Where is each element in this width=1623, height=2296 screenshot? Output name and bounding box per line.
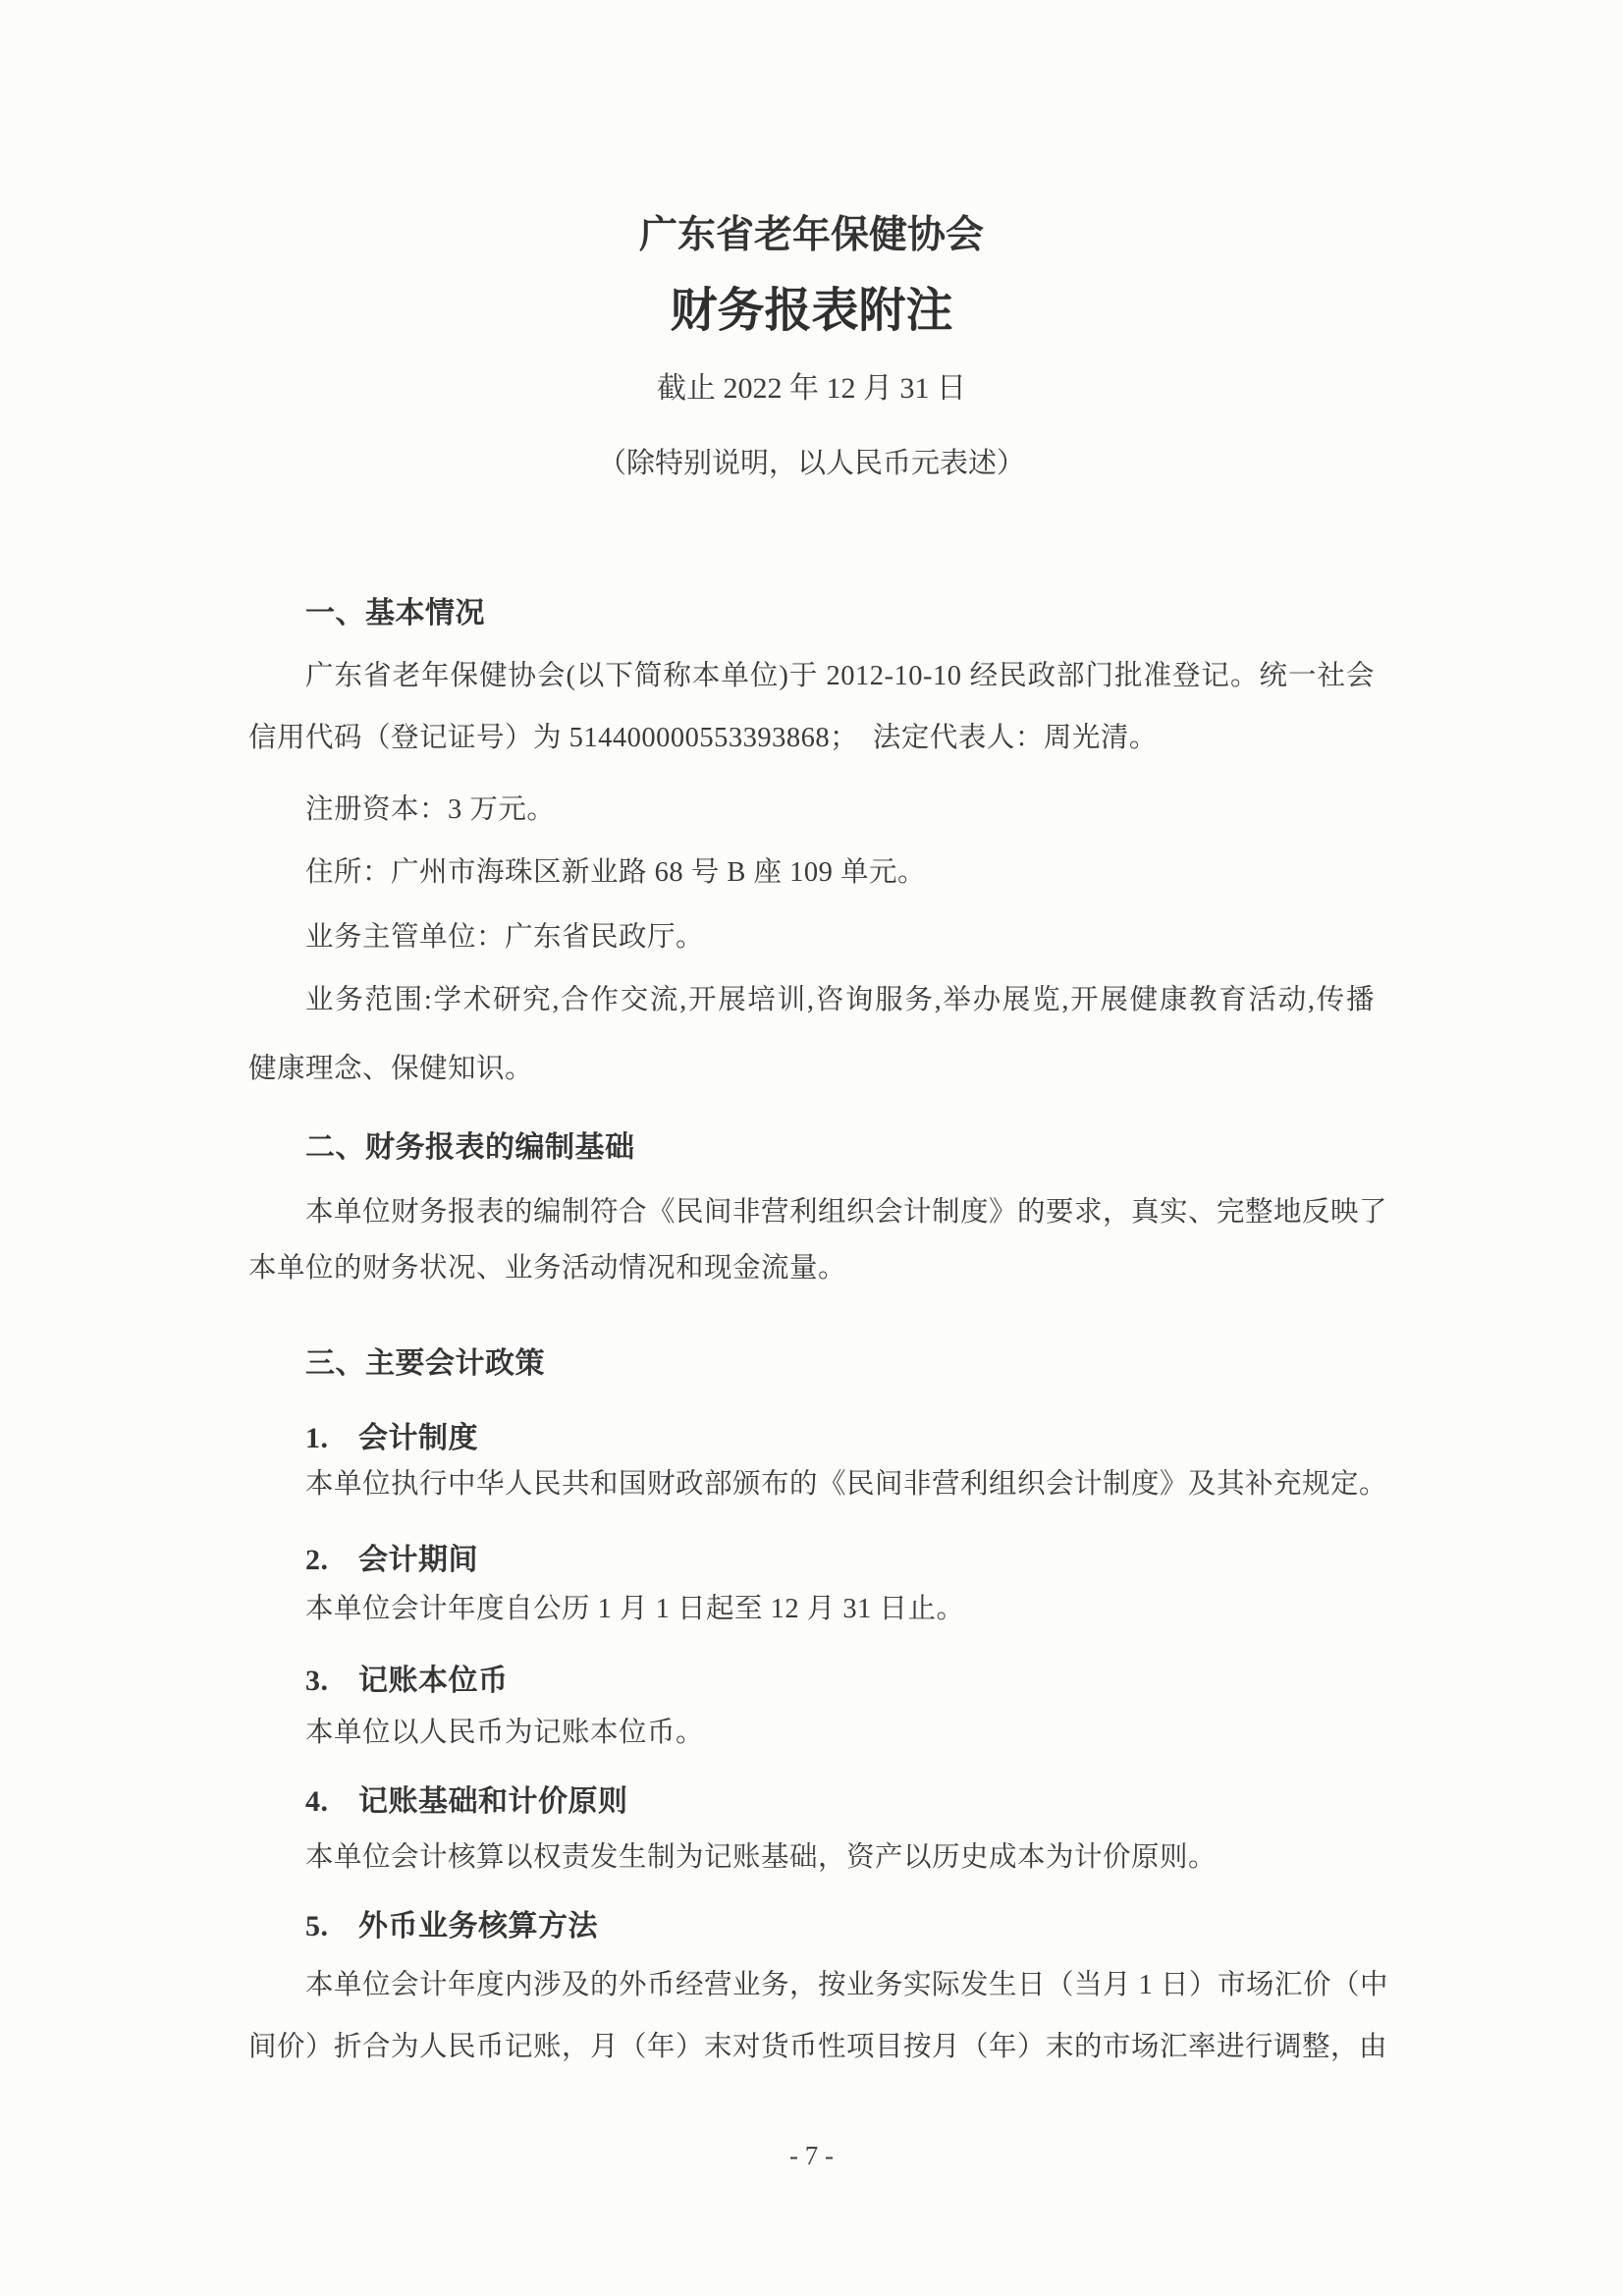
section-basis-heading: 二、财务报表的编制基础 xyxy=(248,1126,1375,1170)
policy-item-4-body: 本单位会计核算以权责发生制为记账基础，资产以历史成本为计价原则。 xyxy=(248,1836,1375,1880)
section-policies-heading: 三、主要会计政策 xyxy=(248,1342,1375,1386)
currency-note: （除特别说明，以人民币元表述） xyxy=(248,442,1375,485)
as-of-date: 截止 2022 年 12 月 31 日 xyxy=(248,367,1375,410)
policy-item-5-heading: 5. 外币业务核算方法 xyxy=(248,1905,1375,1948)
section-basic-heading: 一、基本情况 xyxy=(248,592,1375,635)
policy-item-3-heading: 3. 记账本位币 xyxy=(248,1660,1375,1703)
address-line: 住所：广州市海珠区新业路 68 号 B 座 109 单元。 xyxy=(248,851,1375,895)
policy-item-1-body: 本单位执行中华人民共和国财政部颁布的《民间非营利组织会计制度》及其补充规定。 xyxy=(248,1463,1375,1506)
business-scope-line1: 业务范围:学术研究,合作交流,开展培训,咨询服务,举办展览,开展健康教育活动,传… xyxy=(248,979,1375,1022)
org-name-title: 广东省老年保健协会 xyxy=(248,212,1375,259)
basic-intro-line2: 信用代码（登记证号）为 514400000553393868； 法定代表人：周光… xyxy=(248,717,1375,760)
policy-item-5-body-line1: 本单位会计年度内涉及的外币经营业务，按业务实际发生日（当月 1 日）市场汇价（中 xyxy=(248,1964,1375,2007)
policy-item-3-body: 本单位以人民币为记账本位币。 xyxy=(248,1712,1375,1755)
page-number: - 7 - xyxy=(0,2136,1623,2175)
policy-item-2-body: 本单位会计年度自公历 1 月 1 日起至 12 月 31 日止。 xyxy=(248,1588,1375,1631)
policy-item-2-heading: 2. 会计期间 xyxy=(248,1539,1375,1582)
policy-item-4-heading: 4. 记账基础和计价原则 xyxy=(248,1780,1375,1824)
business-scope-line2: 健康理念、保健知识。 xyxy=(248,1048,1375,1091)
supervisor-line: 业务主管单位：广东省民政厅。 xyxy=(248,916,1375,959)
basis-line1: 本单位财务报表的编制符合《民间非营利组织会计制度》的要求，真实、完整地反映了 xyxy=(248,1191,1375,1234)
policy-item-5-body-line2: 间价）折合为人民币记账，月（年）末对货币性项目按月（年）末的市场汇率进行调整，由 xyxy=(248,2026,1375,2069)
document-page: 广东省老年保健协会 财务报表附注 截止 2022 年 12 月 31 日 （除特… xyxy=(0,0,1623,2296)
report-title: 财务报表附注 xyxy=(248,283,1375,340)
basis-line2: 本单位的财务状况、业务活动情况和现金流量。 xyxy=(248,1247,1375,1290)
policy-item-1-heading: 1. 会计制度 xyxy=(248,1417,1375,1460)
registered-capital-line: 注册资本：3 万元。 xyxy=(248,789,1375,832)
basic-intro-line1: 广东省老年保健协会(以下简称本单位)于 2012-10-10 经民政部门批准登记… xyxy=(248,655,1375,698)
